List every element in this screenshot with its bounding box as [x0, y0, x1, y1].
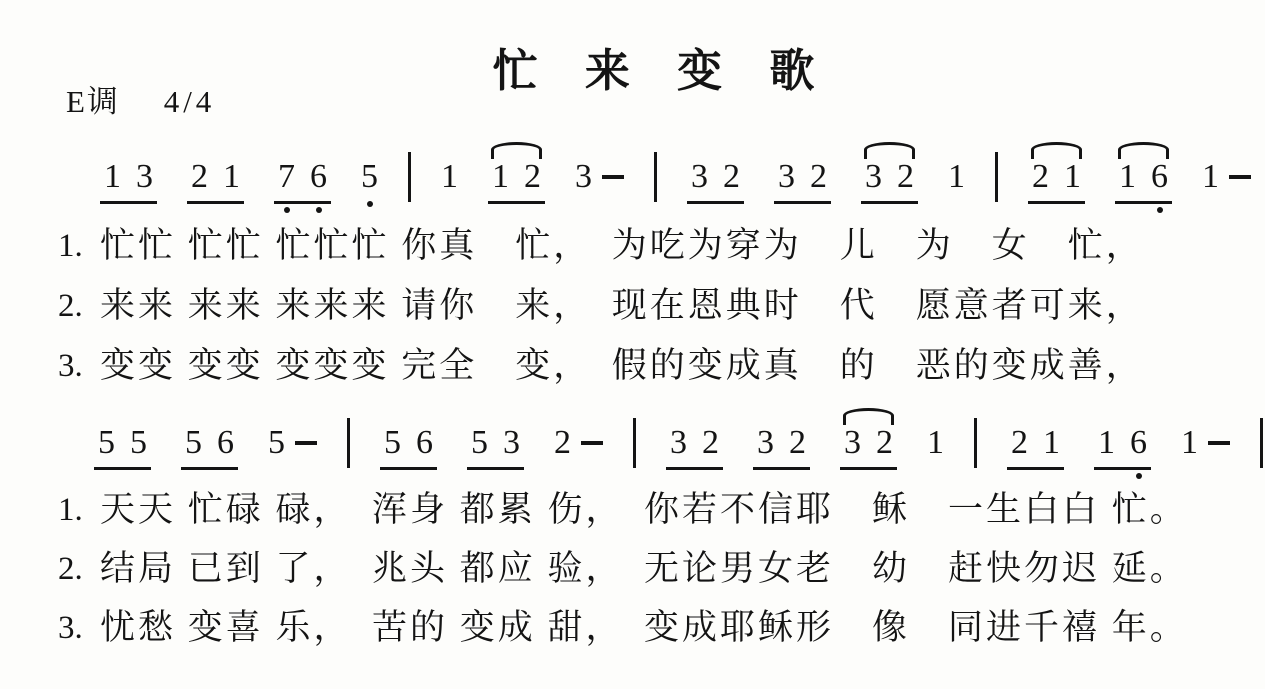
barline: [654, 152, 657, 202]
beamed-note-group: 32: [753, 424, 810, 470]
beamed-note-group: 12: [488, 158, 545, 204]
duration-dash: [1229, 175, 1251, 179]
note-digit: 6: [416, 424, 433, 462]
verse-lyrics: 来来 来来 来来来 请你 来， 现在恩典时 代 愿意者可来，: [100, 284, 1144, 328]
note-digit: 1: [223, 158, 240, 196]
note-digit: 3: [575, 158, 592, 196]
note-digit: 3: [503, 424, 520, 462]
verse-number: 2.: [58, 284, 100, 328]
beamed-note-group: 16: [1094, 424, 1151, 470]
verse-row: 3.忧愁 变喜 乐， 苦的 变成 甜， 变成耶稣形 像 同进千禧 年。: [58, 606, 1188, 665]
note-digit: 2: [810, 158, 827, 196]
slur-arc: [1118, 142, 1169, 159]
note-digit: 2: [789, 424, 806, 462]
note-digit: 3: [670, 424, 687, 462]
beamed-note-group: 21: [1007, 424, 1064, 470]
duration-dash: [581, 441, 603, 445]
note-digit: 1: [927, 424, 944, 462]
barline: [408, 152, 411, 202]
note-digit: 1: [441, 158, 458, 196]
beamed-note-group: 32: [840, 424, 897, 470]
verse-row: 1.天天 忙碌 碌， 浑身 都累 伤， 你若不信耶 稣 一生白白 忙。: [58, 488, 1188, 547]
note-digit: 1: [104, 158, 121, 196]
verse-row: 2.结局 已到 了， 兆头 都应 验， 无论男女老 幼 赶快勿迟 延。: [58, 547, 1188, 606]
verse-number: 3.: [58, 344, 100, 388]
note-digit: 3: [757, 424, 774, 462]
note-digit: 6: [310, 158, 327, 196]
verse-number: 1.: [58, 224, 100, 268]
note-digit: 7: [278, 158, 295, 196]
note-digit: 3: [865, 158, 882, 196]
verse-lyrics: 忙忙 忙忙 忙忙忙 你真 忙， 为吃为穿为 儿 为 女 忙，: [100, 224, 1144, 268]
verse-lyrics: 天天 忙碌 碌， 浑身 都累 伤， 你若不信耶 稣 一生白白 忙。: [100, 488, 1188, 532]
note-cell: 1: [441, 158, 458, 196]
beamed-note-group: 55: [94, 424, 151, 470]
beamed-note-group: 32: [666, 424, 723, 470]
octave-dot: [284, 207, 290, 213]
verse-number: 2.: [58, 547, 100, 591]
note-cell: 3: [575, 158, 624, 196]
note-digit: 3: [691, 158, 708, 196]
octave-dot: [1157, 207, 1163, 213]
beamed-note-group: 56: [181, 424, 238, 470]
note-cell: 1: [1202, 158, 1251, 196]
note-cell: 1: [948, 158, 965, 196]
verses-top: 1.忙忙 忙忙 忙忙忙 你真 忙， 为吃为穿为 儿 为 女 忙，2.来来 来来 …: [58, 224, 1144, 404]
note-digit: 1: [1202, 158, 1219, 196]
note-digit: 6: [217, 424, 234, 462]
slur-arc: [491, 142, 542, 159]
note-cell: 2: [554, 424, 603, 462]
note-digit: 3: [844, 424, 861, 462]
octave-dot: [367, 201, 373, 207]
note-cell: 5: [361, 158, 378, 196]
note-digit: 1: [1119, 158, 1136, 196]
note-digit: 2: [554, 424, 571, 462]
barline: [995, 152, 998, 202]
duration-dash: [295, 441, 317, 445]
note-digit: 5: [268, 424, 285, 462]
note-digit: 5: [185, 424, 202, 462]
beamed-note-group: 16: [1115, 158, 1172, 204]
note-cell: 5: [268, 424, 317, 462]
note-digit: 2: [702, 424, 719, 462]
beamed-note-group: 21: [1028, 158, 1085, 204]
note-digit: 2: [897, 158, 914, 196]
notation-line-2: 5556556532323232121161: [94, 424, 1265, 470]
note-digit: 3: [136, 158, 153, 196]
note-digit: 1: [1064, 158, 1081, 196]
notation-line-1: 13217651123323232121161: [100, 158, 1265, 204]
note-cell: 1: [927, 424, 944, 462]
beamed-note-group: 13: [100, 158, 157, 204]
note-digit: 2: [876, 424, 893, 462]
verses-bottom: 1.天天 忙碌 碌， 浑身 都累 伤， 你若不信耶 稣 一生白白 忙。2.结局 …: [58, 488, 1188, 665]
note-cell: 1: [1181, 424, 1230, 462]
beamed-note-group: 76: [274, 158, 331, 204]
note-digit: 6: [1130, 424, 1147, 462]
verse-lyrics: 变变 变变 变变变 完全 变， 假的变成真 的 恶的变成善，: [100, 344, 1144, 388]
note-digit: 1: [1043, 424, 1060, 462]
note-digit: 5: [98, 424, 115, 462]
beamed-note-group: 32: [774, 158, 831, 204]
note-digit: 5: [471, 424, 488, 462]
verse-row: 3.变变 变变 变变变 完全 变， 假的变成真 的 恶的变成善，: [58, 344, 1144, 404]
beamed-note-group: 32: [861, 158, 918, 204]
note-digit: 1: [948, 158, 965, 196]
sheet-music-page: E调 4/4 忙 来 变 歌 13217651123323232121161 1…: [0, 0, 1265, 689]
beamed-note-group: 32: [687, 158, 744, 204]
verse-lyrics: 结局 已到 了， 兆头 都应 验， 无论男女老 幼 赶快勿迟 延。: [100, 547, 1188, 591]
verse-number: 3.: [58, 606, 100, 650]
beamed-note-group: 56: [380, 424, 437, 470]
note-digit: 3: [778, 158, 795, 196]
note-digit: 1: [1098, 424, 1115, 462]
note-digit: 5: [384, 424, 401, 462]
slur-arc: [1031, 142, 1082, 159]
note-digit: 6: [1151, 158, 1168, 196]
final-barline-thin: [1260, 418, 1263, 468]
barline: [633, 418, 636, 468]
beamed-note-group: 21: [187, 158, 244, 204]
octave-dot: [1136, 473, 1142, 479]
barline: [347, 418, 350, 468]
verse-row: 1.忙忙 忙忙 忙忙忙 你真 忙， 为吃为穿为 儿 为 女 忙，: [58, 224, 1144, 284]
note-digit: 2: [1032, 158, 1049, 196]
verse-lyrics: 忧愁 变喜 乐， 苦的 变成 甜， 变成耶稣形 像 同进千禧 年。: [100, 606, 1188, 650]
note-digit: 2: [524, 158, 541, 196]
note-digit: 2: [723, 158, 740, 196]
barline: [974, 418, 977, 468]
note-digit: 5: [130, 424, 147, 462]
note-digit: 2: [191, 158, 208, 196]
song-title: 忙 来 变 歌: [30, 34, 1265, 99]
note-digit: 5: [361, 158, 378, 196]
duration-dash: [602, 175, 624, 179]
verse-row: 2.来来 来来 来来来 请你 来， 现在恩典时 代 愿意者可来，: [58, 284, 1144, 344]
verse-number: 1.: [58, 488, 100, 532]
beamed-note-group: 53: [467, 424, 524, 470]
slur-arc: [843, 408, 894, 425]
note-digit: 1: [492, 158, 509, 196]
slur-arc: [864, 142, 915, 159]
duration-dash: [1208, 441, 1230, 445]
octave-dot: [316, 207, 322, 213]
final-barline: [1260, 418, 1265, 468]
note-digit: 1: [1181, 424, 1198, 462]
note-digit: 2: [1011, 424, 1028, 462]
